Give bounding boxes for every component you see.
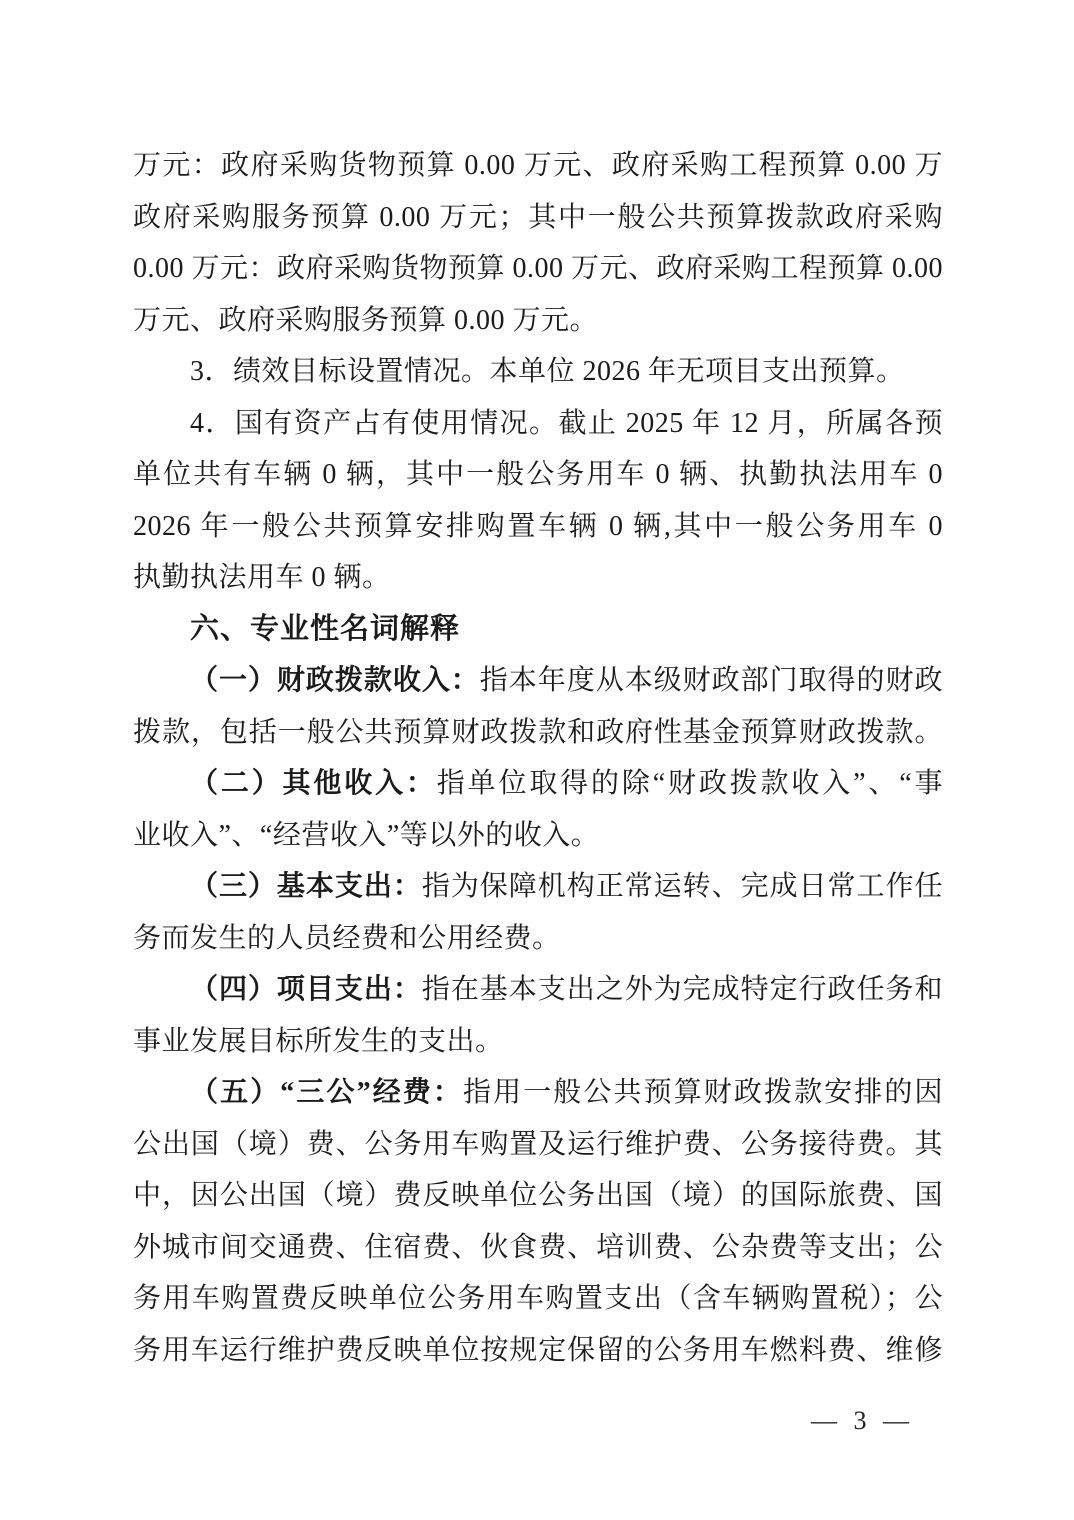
term-text: （二）其他收入： xyxy=(190,768,437,799)
text-line: （一）财政拨款收入：指本年度从本级财政部门取得的财政 xyxy=(133,655,943,707)
text-line: 万元：政府采购货物预算 0.00 万元、政府采购工程预算 0.00 万元、 xyxy=(133,140,943,192)
text-line: （五）“三公”经费：指用一般公共预算财政拨款安排的因 xyxy=(133,1067,943,1119)
text-line: 务而发生的人员经费和公用经费。 xyxy=(133,913,943,965)
text-line: 单位共有车辆 0 辆，其中一般公务用车 0 辆、执勤执法用车 0 辆。 xyxy=(133,449,943,501)
text-line: 3．绩效目标设置情况。本单位 2026 年无项目支出预算。 xyxy=(133,346,943,398)
body-text: 3．绩效目标设置情况。本单位 2026 年无项目支出预算。 xyxy=(190,356,905,387)
body-text: 业收入”、“经营收入”等以外的收入。 xyxy=(133,820,599,851)
body-text: 事业发展目标所发生的支出。 xyxy=(133,1026,504,1057)
body-text: 指本年度从本级财政部门取得的财政 xyxy=(480,665,943,696)
body-text: 务用车购置费反映单位公务用车购置支出（含车辆购置税）；公 xyxy=(133,1283,943,1314)
text-line: 0.00 万元：政府采购货物预算 0.00 万元、政府采购工程预算 0.00 xyxy=(133,243,943,295)
text-line: 务用车购置费反映单位公务用车购置支出（含车辆购置税）；公 xyxy=(133,1273,943,1325)
body-text: 单位共有车辆 0 辆，其中一般公务用车 0 辆、执勤执法用车 0 辆。 xyxy=(133,459,943,501)
term-text: （五）“三公”经费： xyxy=(190,1077,463,1108)
body-text: 政府采购服务预算 0.00 万元；其中一般公共预算拨款政府采购 xyxy=(133,202,943,233)
text-line: 执勤执法用车 0 辆。 xyxy=(133,552,943,604)
body-text: 外城市间交通费、住宿费、伙食费、培训费、公杂费等支出；公 xyxy=(133,1232,943,1263)
body-text: 指单位取得的除“财政拨款收入”、“事 xyxy=(437,768,943,799)
text-line: （三）基本支出：指为保障机构正常运转、完成日常工作任 xyxy=(133,861,943,913)
body-text: 0.00 万元：政府采购货物预算 0.00 万元、政府采购工程预算 0.00 xyxy=(133,253,943,284)
body-text: 万元：政府采购货物预算 0.00 万元、政府采购工程预算 0.00 万元、 xyxy=(133,150,943,192)
text-line: （四）项目支出：指在基本支出之外为完成特定行政任务和 xyxy=(133,964,943,1016)
text-line: 事业发展目标所发生的支出。 xyxy=(133,1016,943,1068)
text-line: 外城市间交通费、住宿费、伙食费、培训费、公杂费等支出；公 xyxy=(133,1222,943,1274)
document-page: 万元：政府采购货物预算 0.00 万元、政府采购工程预算 0.00 万元、政府采… xyxy=(0,0,1074,1520)
term-text: （三）基本支出： xyxy=(190,871,422,902)
page-number: — 3 — xyxy=(811,1406,914,1436)
body-text: 执勤执法用车 0 辆。 xyxy=(133,562,391,593)
body-text: 万元、政府采购服务预算 0.00 万元。 xyxy=(133,305,598,336)
text-line: （二）其他收入：指单位取得的除“财政拨款收入”、“事 xyxy=(133,758,943,810)
text-line: 4．国有资产占有使用情况。截止 2025 年 12 月，所属各预算 xyxy=(133,398,943,450)
term-text: 六、专业性名词解释 xyxy=(190,613,460,645)
body-text: 指为保障机构正常运转、完成日常工作任 xyxy=(422,871,943,902)
document-body: 万元：政府采购货物预算 0.00 万元、政府采购工程预算 0.00 万元、政府采… xyxy=(133,140,943,1376)
text-line: 业收入”、“经营收入”等以外的收入。 xyxy=(133,810,943,862)
term-text: （四）项目支出： xyxy=(190,974,422,1005)
body-text: 4．国有资产占有使用情况。截止 2025 年 12 月，所属各预算 xyxy=(190,408,943,450)
body-text: 2026 年一般公共预算安排购置车辆 0 辆,其中一般公务用车 0 辆、 xyxy=(133,511,943,553)
text-line: 政府采购服务预算 0.00 万元；其中一般公共预算拨款政府采购 xyxy=(133,192,943,244)
body-text: 拨款，包括一般公共预算财政拨款和政府性基金预算财政拨款。 xyxy=(133,717,943,748)
section-heading: 六、专业性名词解释 xyxy=(133,604,943,656)
body-text: 中，因公出国（境）费反映单位公务出国（境）的国际旅费、国 xyxy=(133,1180,943,1211)
text-line: 中，因公出国（境）费反映单位公务出国（境）的国际旅费、国 xyxy=(133,1170,943,1222)
text-line: 拨款，包括一般公共预算财政拨款和政府性基金预算财政拨款。 xyxy=(133,707,943,759)
text-line: 2026 年一般公共预算安排购置车辆 0 辆,其中一般公务用车 0 辆、 xyxy=(133,501,943,553)
body-text: 公出国（境）费、公务用车购置及运行维护费、公务接待费。其 xyxy=(133,1129,943,1160)
body-text: 务用车运行维护费反映单位按规定保留的公务用车燃料费、维修 xyxy=(133,1335,943,1366)
term-text: （一）财政拨款收入： xyxy=(190,665,480,696)
text-line: 务用车运行维护费反映单位按规定保留的公务用车燃料费、维修 xyxy=(133,1325,943,1377)
text-line: 公出国（境）费、公务用车购置及运行维护费、公务接待费。其 xyxy=(133,1119,943,1171)
body-text: 指在基本支出之外为完成特定行政任务和 xyxy=(422,974,943,1005)
text-line: 万元、政府采购服务预算 0.00 万元。 xyxy=(133,295,943,347)
body-text: 务而发生的人员经费和公用经费。 xyxy=(133,923,561,954)
body-text: 指用一般公共预算财政拨款安排的因 xyxy=(463,1077,943,1108)
